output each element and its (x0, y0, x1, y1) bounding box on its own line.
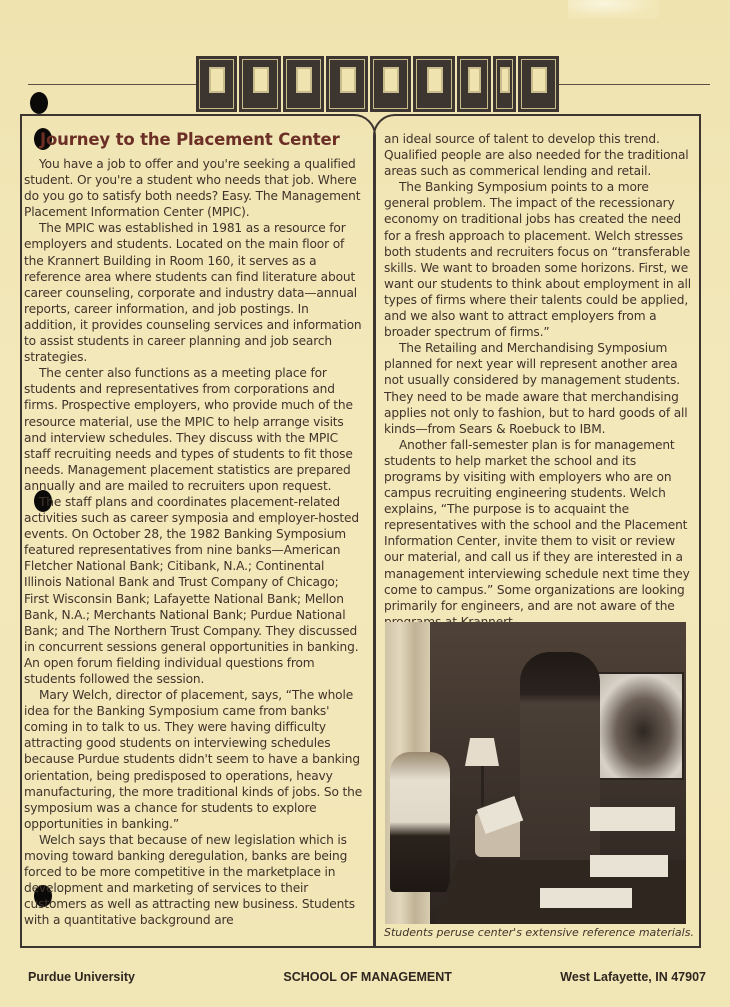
paragraph: The MPIC was established in 1981 as a re… (24, 220, 364, 365)
lamp-stem (481, 766, 484, 806)
paragraph: Welch says that because of new legislati… (24, 832, 364, 929)
left-column: Journey to the Placement Center You have… (24, 130, 364, 929)
painting (594, 672, 684, 780)
footer-center: SCHOOL OF MANAGEMENT (283, 970, 452, 984)
masthead-title: PORTFOLIO (195, 56, 560, 112)
right-column: an ideal source of talent to develop thi… (384, 131, 694, 630)
footer: Purdue University SCHOOL OF MANAGEMENT W… (28, 970, 706, 984)
papers (590, 807, 675, 831)
punch-hole (30, 92, 48, 114)
paragraph: The Banking Symposium points to a more g… (384, 179, 694, 340)
paragraph: The center also functions as a meeting p… (24, 365, 364, 494)
lamp (465, 738, 499, 766)
article-headline: Journey to the Placement Center (24, 130, 364, 150)
masthead: PORTFOLIO (195, 56, 560, 112)
paragraph: The staff plans and coordinates placemen… (24, 494, 364, 687)
book-stack (590, 855, 668, 877)
footer-left: Purdue University (28, 970, 135, 984)
paragraph: Another fall-semester plan is for manage… (384, 437, 694, 630)
paper-scuff (568, 0, 658, 18)
photo-caption: Students peruse center's extensive refer… (384, 926, 694, 939)
paragraph: an ideal source of talent to develop thi… (384, 131, 694, 179)
paragraph: The Retailing and Merchandising Symposiu… (384, 340, 694, 437)
masthead-rule-left (28, 84, 198, 85)
article-photo (385, 622, 686, 924)
seated-student (390, 752, 450, 892)
papers (540, 888, 632, 908)
standing-student (520, 652, 600, 882)
footer-right: West Lafayette, IN 47907 (560, 970, 706, 984)
paragraph: You have a job to offer and you're seeki… (24, 156, 364, 220)
paragraph: Mary Welch, director of placement, says,… (24, 687, 364, 832)
masthead-rule-right (558, 84, 710, 85)
